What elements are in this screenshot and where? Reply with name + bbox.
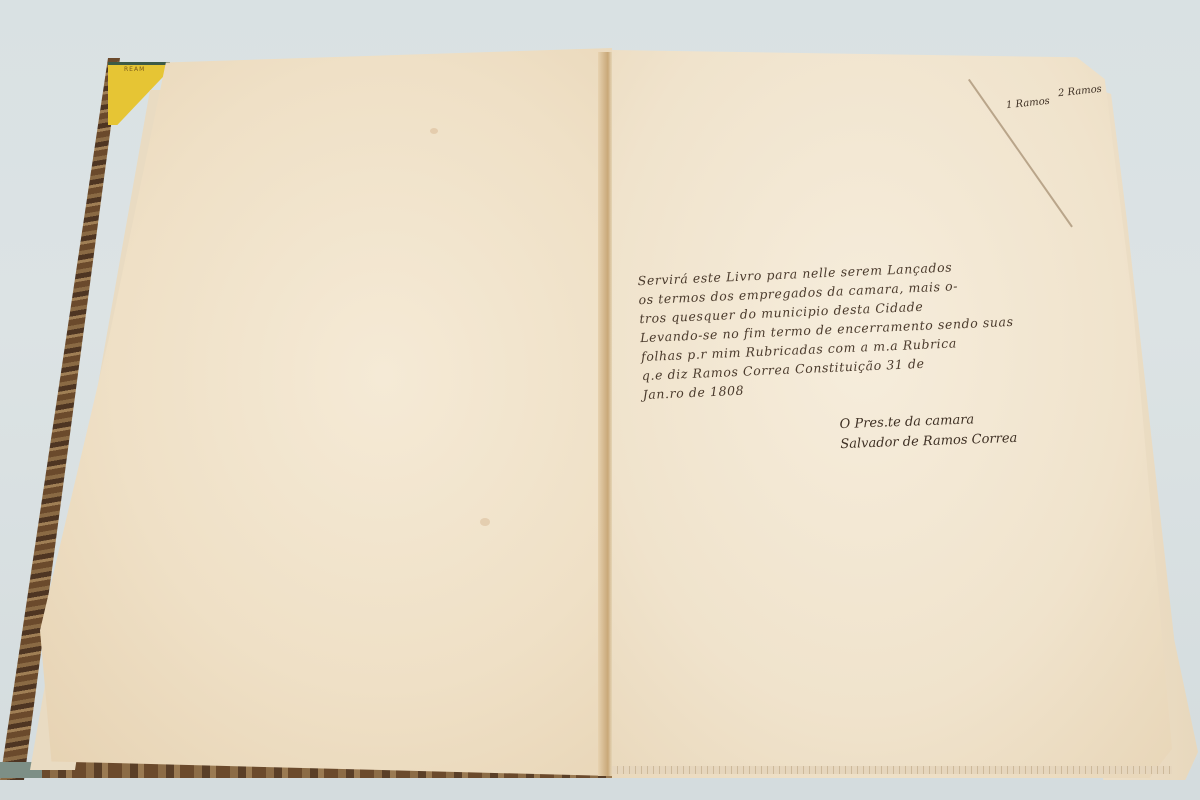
page-stack-edge [612,766,1172,774]
signature-block: O Pres.te da camara Salvador de Ramos Co… [839,409,1017,455]
paper-stain [480,518,490,526]
handwritten-inscription: Servirá este Livro para nelle serem Lanç… [637,253,1062,404]
photo-scene: REAM 1 Ramos 2 Ramos Servirá este Livro … [0,0,1200,800]
paper-stain [430,128,438,134]
left-page [40,48,612,776]
cover-label-text: REAM [124,66,145,73]
